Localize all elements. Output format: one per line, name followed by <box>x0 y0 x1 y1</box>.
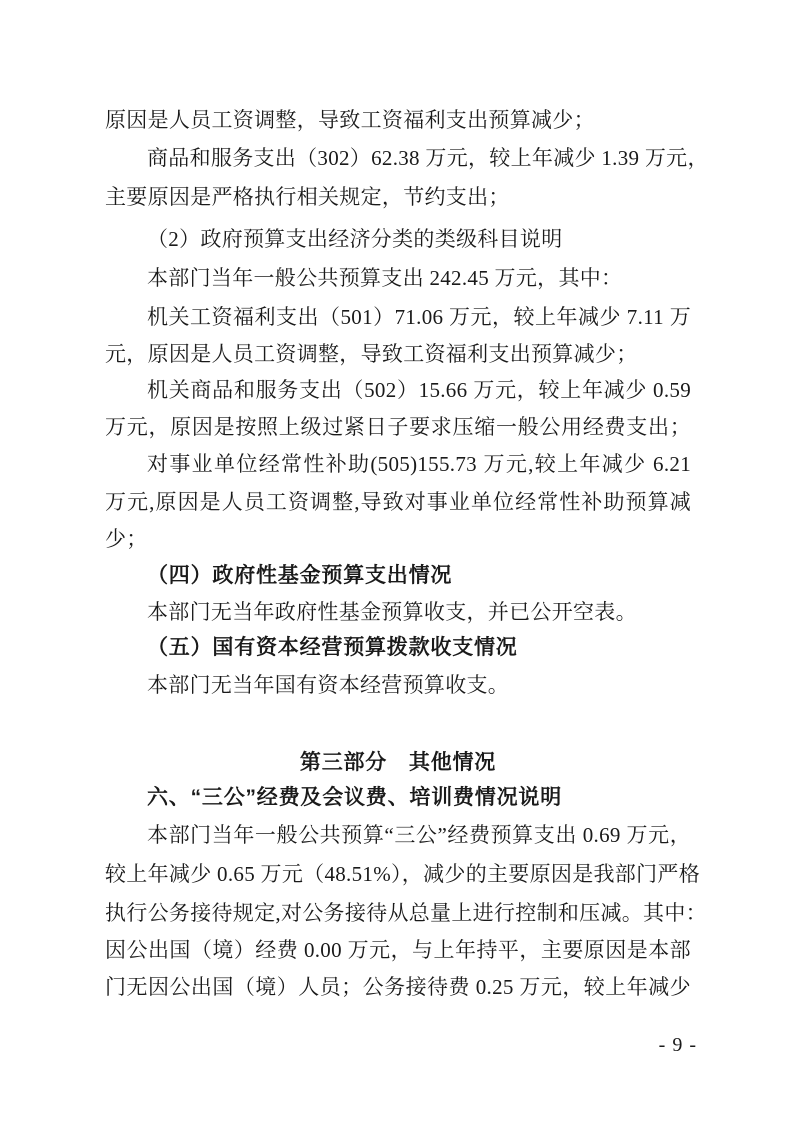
body-line: 本部门无当年国有资本经营预算收支。 <box>105 670 691 700</box>
body-line: 主要原因是严格执行相关规定，节约支出； <box>105 182 691 212</box>
body-line: 因公出国（境）经费 0.00 万元，与上年持平，主要原因是本部 <box>105 935 691 965</box>
body-line: 门无因公出国（境）人员；公务接待费 0.25 万元，较上年减少 <box>105 972 691 1002</box>
document-page: 原因是人员工资调整，导致工资福利支出预算减少； 商品和服务支出（302）62.3… <box>0 0 793 1122</box>
body-line: 万元，原因是按照上级过紧日子要求压缩一般公用经费支出； <box>105 412 691 442</box>
body-line: 本部门无当年政府性基金预算收支，并已公开空表。 <box>105 597 691 627</box>
body-line: 万元,原因是人员工资调整,导致对事业单位经常性补助预算减 <box>105 487 691 517</box>
subheading-economic-classification: （2）政府预算支出经济分类的类级科目说明 <box>105 224 691 254</box>
part-three-title: 第三部分 其他情况 <box>105 748 691 778</box>
body-line: 机关商品和服务支出（502）15.66 万元，较上年减少 0.59 <box>105 375 691 405</box>
body-line: 较上年减少 0.65 万元（48.51%），减少的主要原因是我部门严格 <box>105 859 691 889</box>
body-line: 本部门当年一般公共预算“三公”经费预算支出 0.69 万元， <box>105 820 691 850</box>
heading-gov-fund-budget: （四）政府性基金预算支出情况 <box>105 561 691 591</box>
body-line: 元，原因是人员工资调整，导致工资福利支出预算减少； <box>105 339 691 369</box>
body-line: 本部门当年一般公共预算支出 242.45 万元，其中： <box>105 263 691 293</box>
page-content: 原因是人员工资调整，导致工资福利支出预算减少； 商品和服务支出（302）62.3… <box>105 0 691 1122</box>
body-line: 执行公务接待规定,对公务接待从总量上进行控制和压减。其中： <box>105 898 691 928</box>
body-line: 少； <box>105 524 691 554</box>
body-line: 对事业单位经常性补助(505)155.73 万元,较上年减少 6.21 <box>105 449 691 479</box>
body-line: 机关工资福利支出（501）71.06 万元，较上年减少 7.11 万 <box>105 302 691 332</box>
page-number: - 9 - <box>659 1032 697 1058</box>
body-line: 原因是人员工资调整，导致工资福利支出预算减少； <box>105 105 691 135</box>
body-line: 商品和服务支出（302）62.38 万元，较上年减少 1.39 万元， <box>105 143 691 173</box>
heading-state-capital-budget: （五）国有资本经营预算拨款收支情况 <box>105 633 691 663</box>
heading-three-public-expenses: 六、“三公”经费及会议费、培训费情况说明 <box>105 783 691 813</box>
